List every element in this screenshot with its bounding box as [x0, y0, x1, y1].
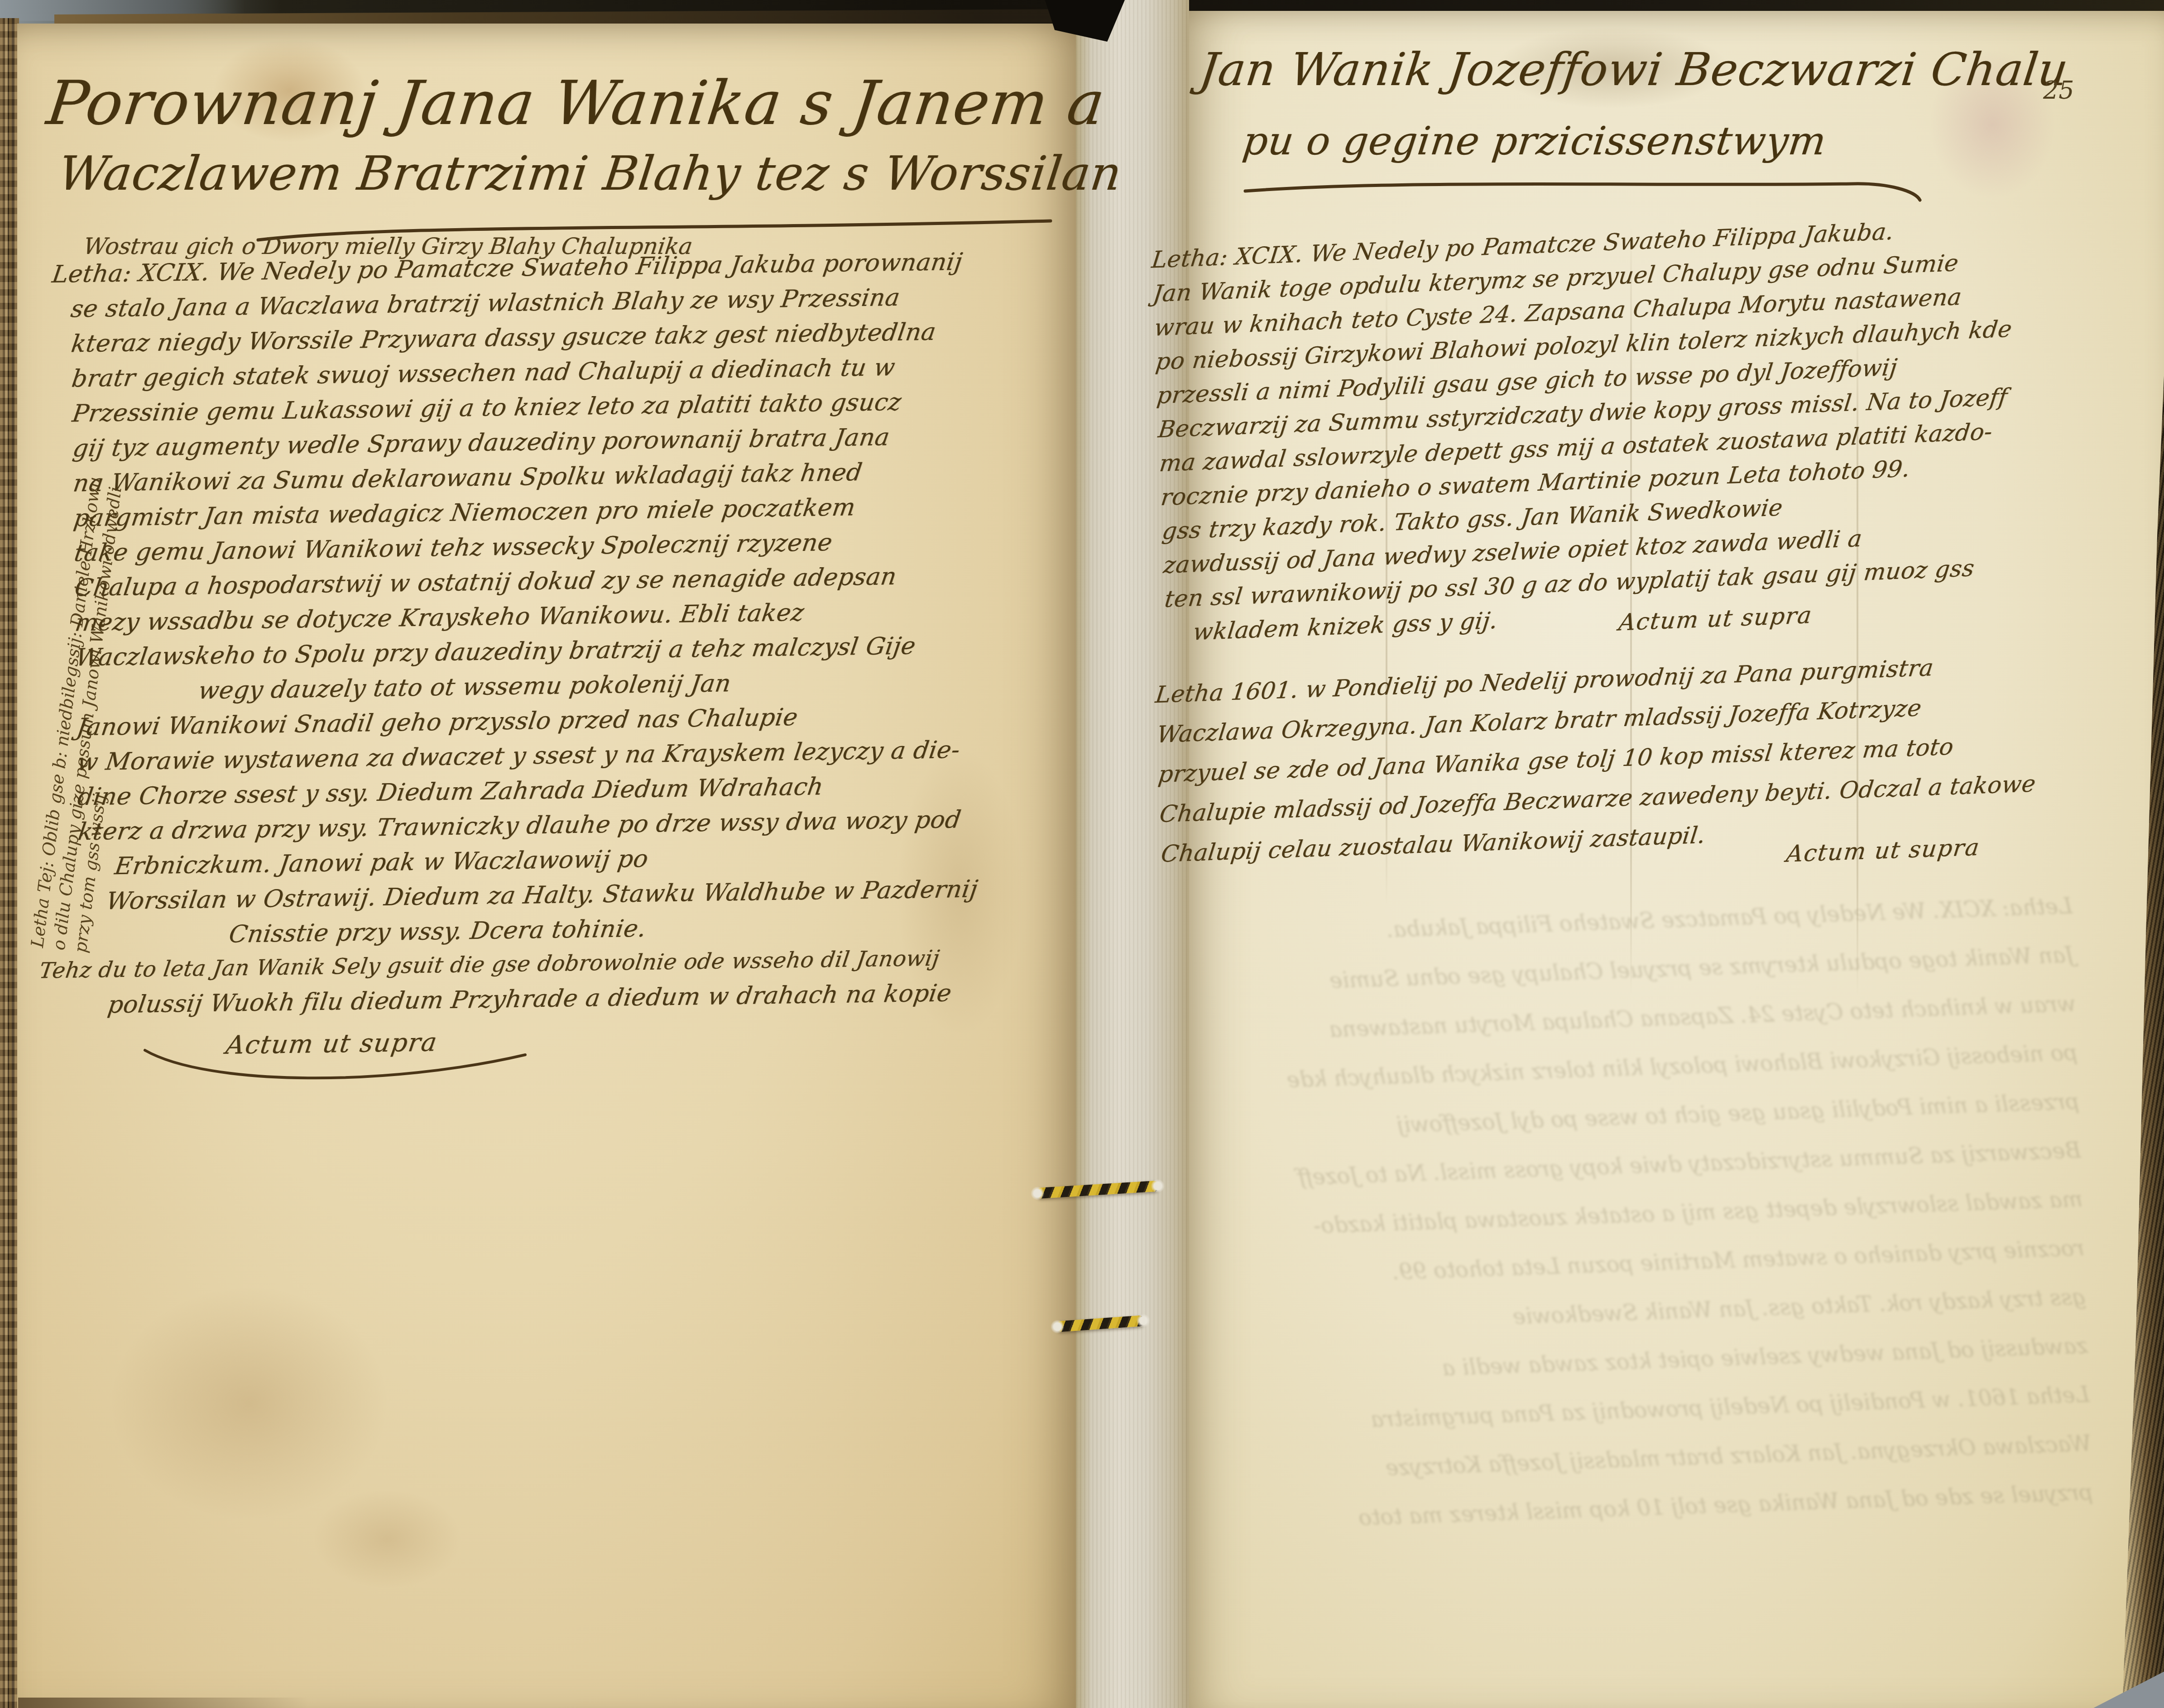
manuscript-line: kterz a drzwa przy wsy. Trawniczky dlauh…: [76, 806, 963, 846]
left-closing-formula: Actum ut supra: [224, 1028, 440, 1060]
show-through-text: Letha: XCIX. We Nedely po Pamatcze Swate…: [1212, 881, 2094, 1546]
manuscript-line: Chalupa a hospodarstwij w ostatnij dokud…: [73, 563, 898, 602]
right-title-line1: Jan Wanik Jozeffowi Beczwarzi Chalu: [1197, 43, 2071, 96]
manuscript-line: se stalo Jana a Waczlawa bratrzij wlastn…: [69, 284, 902, 323]
manuscript-line: mezy wssadbu se dotycze Krayskeho Waniko…: [73, 599, 806, 637]
left-title-line1: Porownanj Jana Wanika s Janem a: [43, 68, 1108, 139]
manuscript-line: Worssilan w Ostrawij. Diedum za Halty. S…: [105, 876, 980, 915]
entry2-closing-formula: Actum ut supra: [1785, 834, 1981, 868]
manuscript-line: Tehz du to leta Jan Wanik Sely gsuit die…: [38, 946, 941, 984]
manuscript-line: gij tyz augmenty wedle Sprawy dauzediny …: [71, 423, 892, 462]
manuscript-line: wkladem knizek gss y gij.: [1192, 608, 1499, 646]
manuscript-line: take gemu Janowi Wanikowi tehz wssecky S…: [72, 529, 834, 567]
manuscript-line: Cnisstie przy wssy. Dcera tohinie.: [227, 915, 648, 948]
bottom-page-edge: [18, 1698, 308, 1708]
manuscript-line: dine Chorze ssest y ssy. Diedum Zahrada …: [76, 773, 825, 811]
left-page-stack-edge: [0, 18, 19, 1708]
right-entry1-block: Letha: XCIX. We Nedely po Pamatcze Swate…: [1151, 211, 2113, 681]
left-title-line2: Waczlawem Bratrzimi Blahy tez s Worssila…: [56, 146, 1125, 201]
left-body-block: Letha: XCIX. We Nedely po Pamatcze Swate…: [70, 247, 1078, 1098]
manuscript-line: na Wanikowi za Sumu deklarowanu Spolku w…: [72, 459, 864, 497]
manuscript-line: Waczlawskeho to Spolu przy dauzediny bra…: [74, 632, 917, 671]
manuscript-photo: Porownanj Jana Wanika s Janem a Waczlawe…: [0, 0, 2164, 1708]
folio-number: 25: [2043, 76, 2074, 105]
manuscript-line: Janowi Wanikowi Snadil geho przysslo prz…: [75, 703, 800, 741]
manuscript-line: Erbniczkum. Janowi pak w Waczlawowij po: [113, 845, 650, 880]
manuscript-line: pargmistr Jan mista wedagicz Niemoczen p…: [72, 493, 858, 532]
manuscript-line: kteraz niegdy Worssile Przywara dassy gs…: [69, 318, 938, 358]
manuscript-line: bratr gegich statek swuoj wssechen nad C…: [70, 354, 897, 393]
manuscript-line: Chalupij celau zuostalau Wanikowij zasta…: [1160, 822, 1707, 868]
entry1-closing-formula: Actum ut supra: [1617, 602, 1814, 636]
manuscript-line: Przessinie gemu Lukassowi gij a to kniez…: [71, 388, 903, 428]
right-title-line2: pu o gegine przicissenstwym: [1240, 119, 1829, 164]
manuscript-line: wegy dauzely tato ot wssemu pokolenij Ja…: [197, 670, 733, 705]
manuscript-line: polussij Wuokh filu diedum Przyhrade a d…: [106, 979, 954, 1019]
manuscript-line: w Morawie wystawena za dwaczet y ssest y…: [75, 736, 962, 776]
